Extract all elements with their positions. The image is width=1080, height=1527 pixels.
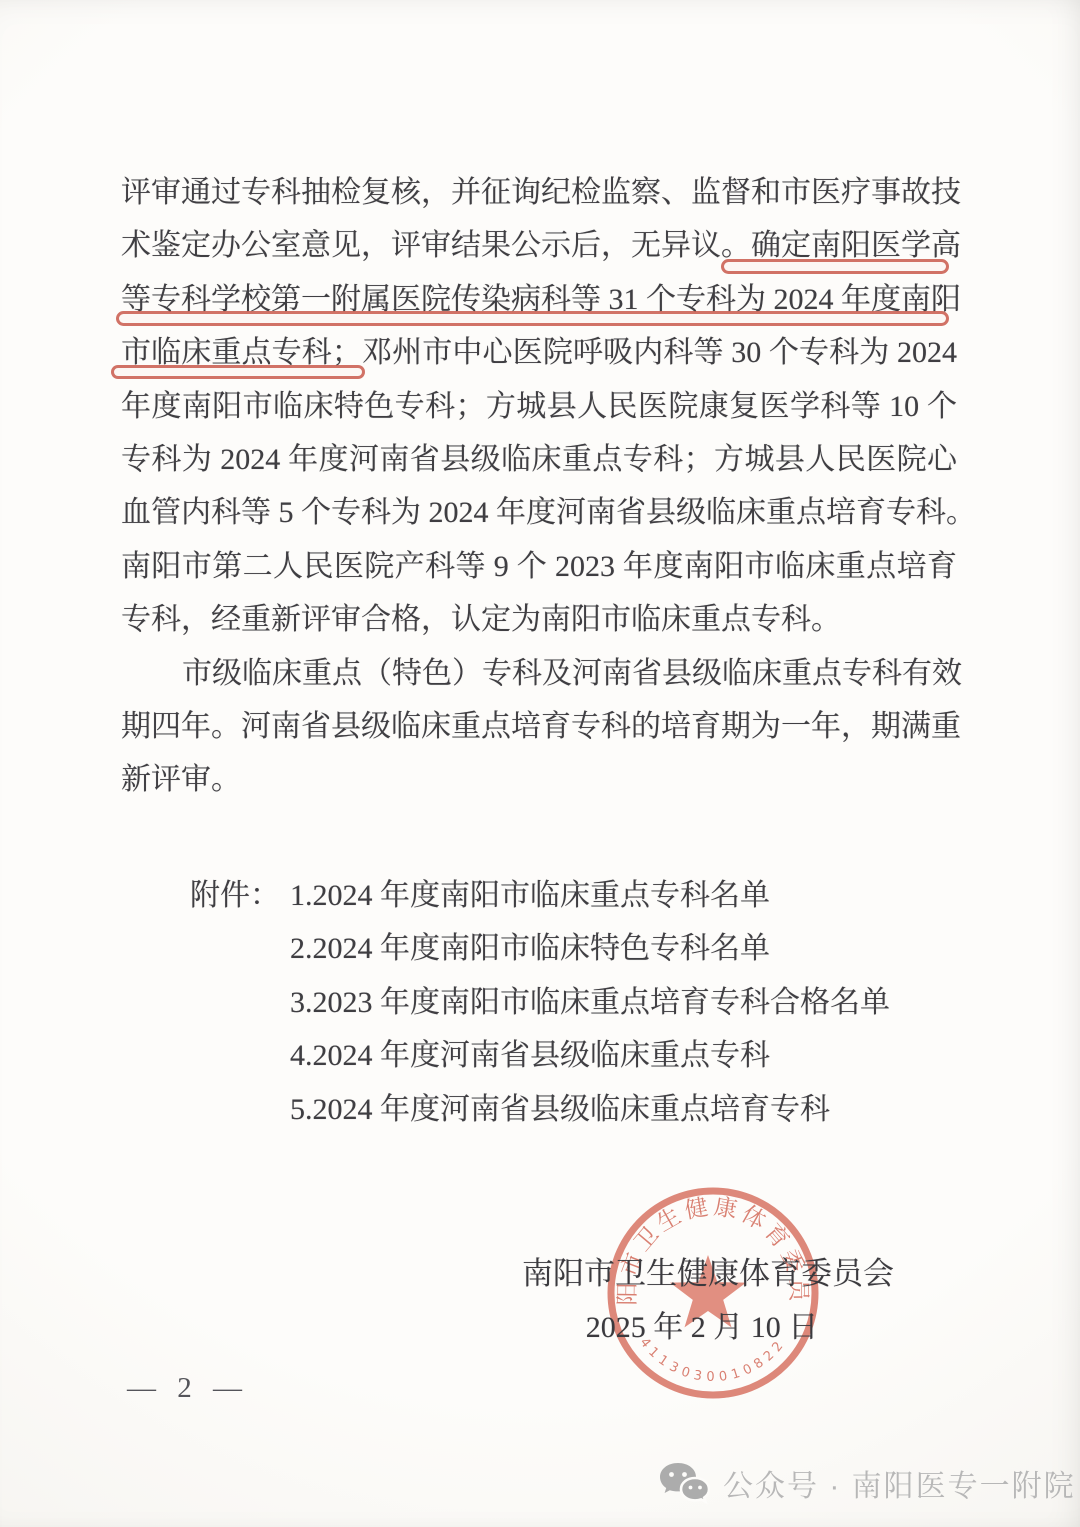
red-underline-annotation [111,365,365,379]
attachment-item: 3.2023 年度南阳市临床重点培育专科合格名单 [290,976,890,1029]
page-number: — 2 — [127,1372,249,1405]
wechat-icon [658,1461,710,1505]
body-line: 期四年。河南省县级临床重点培育专科的培育期为一年，期满重 [121,700,957,753]
attachment-item: 4.2024 年度河南省县级临床重点专科 [290,1029,890,1082]
official-seal: 南阳市卫生健康体育委员会 4113030010822 [603,1183,823,1403]
body-line: 血管内科等 5 个专科为 2024 年度河南省县级临床重点培育专科。 [121,486,957,539]
issue-date: 2025 年 2 月 10 日 [586,1302,819,1346]
wechat-bubble-small [681,1478,709,1502]
body-line: 市级临床重点（特色）专科及河南省县级临床重点专科有效 [121,647,957,700]
body-line: 南阳市第二人民医院产科等 9 个 2023 年度南阳市临床重点培育 [121,540,957,593]
document-page: 评审通过专科抽检复核，并征询纪检监察、监督和市医疗事故技 术鉴定办公室意见，评审… [0,0,1080,1527]
body-line: 新评审。 [121,753,957,806]
attachment-label: 附件： [190,869,280,1136]
red-underline-annotation [721,259,949,274]
body-line: 年度南阳市临床特色专科；方城县人民医院康复医学科等 10 个 [121,380,957,433]
attachment-item: 1.2024 年度南阳市临床重点专科名单 [290,869,890,922]
wechat-account-label: 公众号 · 南阳医专一附院 [723,1461,1076,1505]
attachment-list: 附件： 1.2024 年度南阳市临床重点专科名单 2.2024 年度南阳市临床特… [190,869,890,1136]
attachment-item: 2.2024 年度南阳市临床特色专科名单 [290,922,890,975]
red-underline-annotation [116,311,949,326]
body-line: 专科为 2024 年度河南省县级临床重点专科；方城县人民医院心 [121,433,957,486]
attachment-item: 5.2024 年度河南省县级临床重点培育专科 [290,1083,890,1136]
body-line: 专科，经重新评审合格，认定为南阳市临床重点专科。 [121,593,957,646]
body-line: 评审通过专科抽检复核，并征询纪检监察、监督和市医疗事故技 [121,166,957,219]
issuer-name: 南阳市卫生健康体育委员会 [522,1248,894,1293]
footer-watermark: 公众号 · 南阳医专一附院 [658,1461,1076,1505]
